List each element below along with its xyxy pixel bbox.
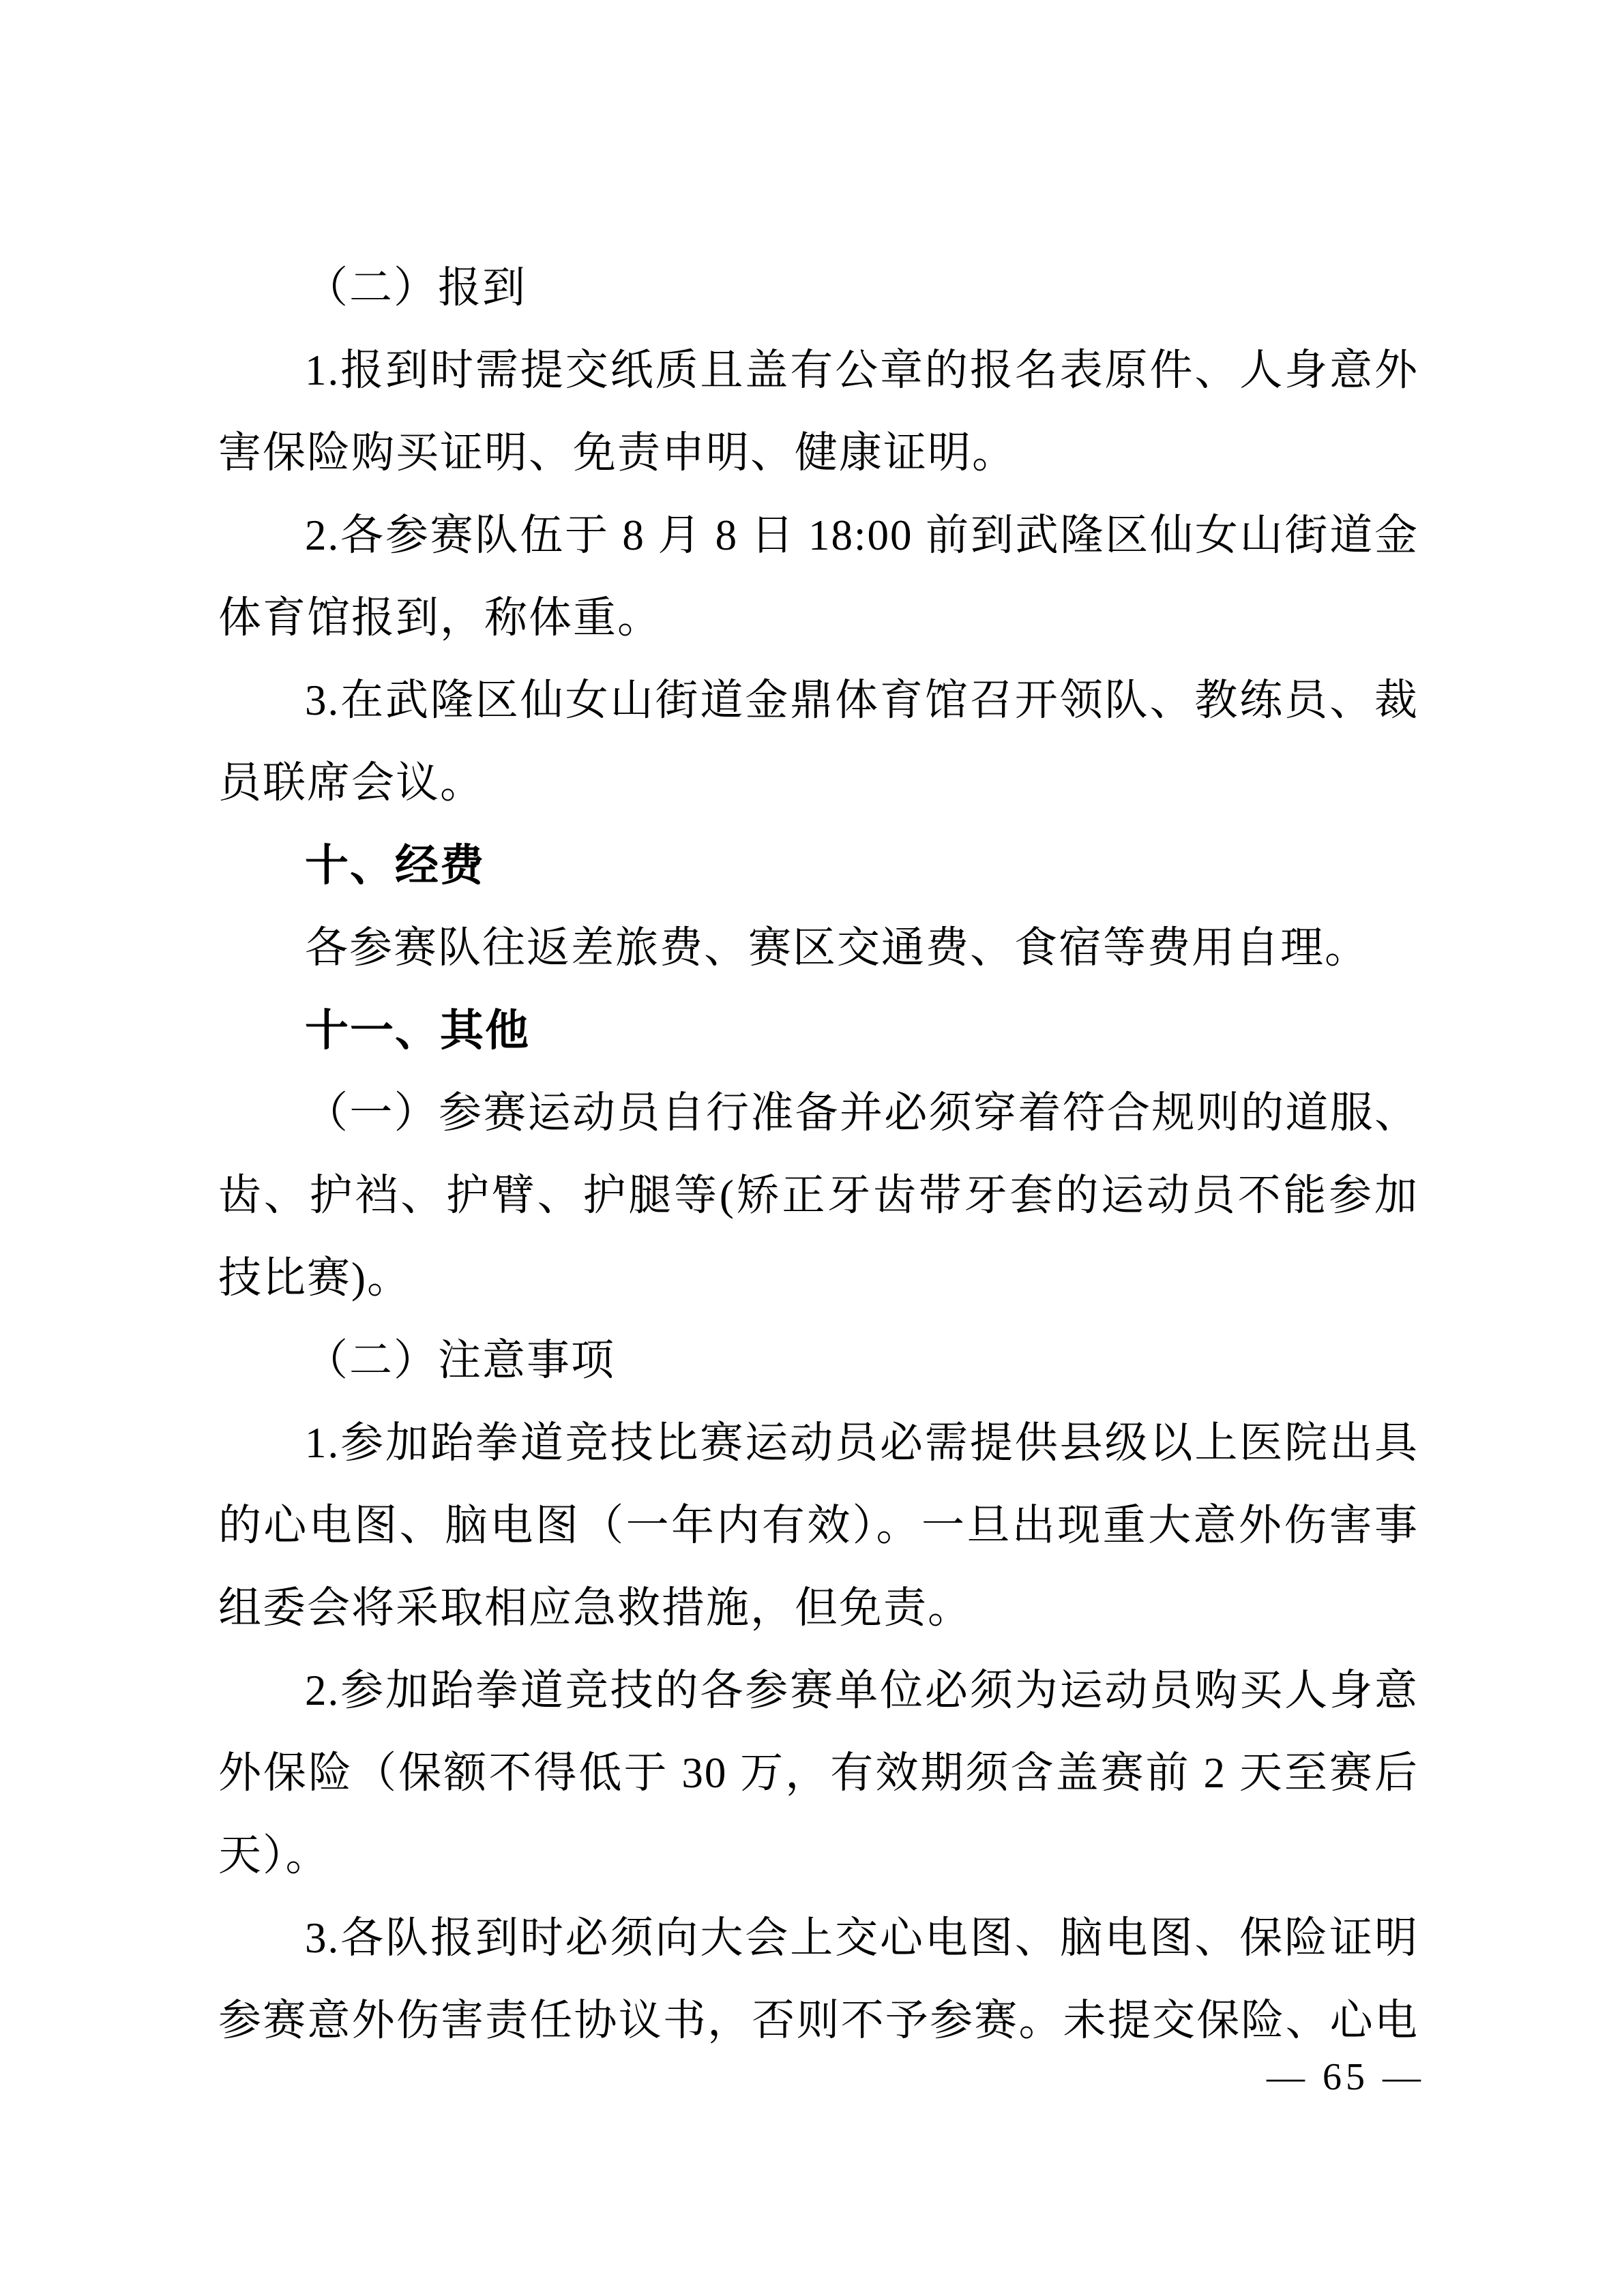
- para-medical-proof-line-3: 组委会将采取相应急救措施，但免责。: [218, 1567, 1419, 1650]
- para-gear-line-2: 齿、护裆、护臂、护腿等(矫正牙齿带牙套的运动员不能参加竞: [218, 1154, 1419, 1237]
- para-joint-meeting-line-1: 3.在武隆区仙女山街道金鼎体育馆召开领队、教练员、裁判: [218, 659, 1419, 742]
- para-medical-proof-line-2: 的心电图、脑电图（一年内有效）。一旦出现重大意外伤害事故，: [218, 1485, 1419, 1567]
- para-checkin-time-line-2: 体育馆报到，称体重。: [218, 577, 1419, 659]
- section-heading-funds: 十、经费: [218, 824, 1419, 907]
- para-submit-docs-line-1: 3.各队报到时必须向大会上交心电图、脑电图、保险证明和: [218, 1897, 1419, 1980]
- heading-checkin: （二）报到: [218, 247, 1419, 329]
- para-gear-line-1: （一）参赛运动员自行准备并必须穿着符合规则的道服、护: [218, 1072, 1419, 1154]
- para-checkin-time-line-1: 2.各参赛队伍于 8 月 8 日 18:00 前到武隆区仙女山街道金鼎: [218, 494, 1419, 577]
- para-medical-proof-line-1: 1.参加跆拳道竞技比赛运动员必需提供县级以上医院出具: [218, 1402, 1419, 1485]
- document-page: （二）报到 1.报到时需提交纸质且盖有公章的报名表原件、人身意外伤 害保险购买证…: [0, 0, 1624, 2296]
- para-insurance-line-3: 天）。: [218, 1815, 1419, 1897]
- para-joint-meeting-line-2: 员联席会议。: [218, 742, 1419, 824]
- para-checkin-docs-line-2: 害保险购买证明、免责申明、健康证明。: [218, 412, 1419, 494]
- para-submit-docs-line-2: 参赛意外伤害责任协议书，否则不予参赛。未提交保险、心电图、: [218, 1980, 1419, 2062]
- page-content: （二）报到 1.报到时需提交纸质且盖有公章的报名表原件、人身意外伤 害保险购买证…: [218, 247, 1419, 2062]
- para-insurance-line-2: 外保险（保额不得低于 30 万，有效期须含盖赛前 2 天至赛后 1: [218, 1732, 1419, 1815]
- heading-notes: （二）注意事项: [218, 1320, 1419, 1402]
- para-funds-self-pay: 各参赛队往返差旅费、赛区交通费、食宿等费用自理。: [218, 907, 1419, 989]
- page-number: — 65 —: [1267, 2055, 1425, 2099]
- section-heading-others: 十一、其他: [218, 989, 1419, 1072]
- para-insurance-line-1: 2.参加跆拳道竞技的各参赛单位必须为运动员购买人身意: [218, 1650, 1419, 1732]
- para-gear-line-3: 技比赛)。: [218, 1237, 1419, 1320]
- para-checkin-docs-line-1: 1.报到时需提交纸质且盖有公章的报名表原件、人身意外伤: [218, 329, 1419, 412]
